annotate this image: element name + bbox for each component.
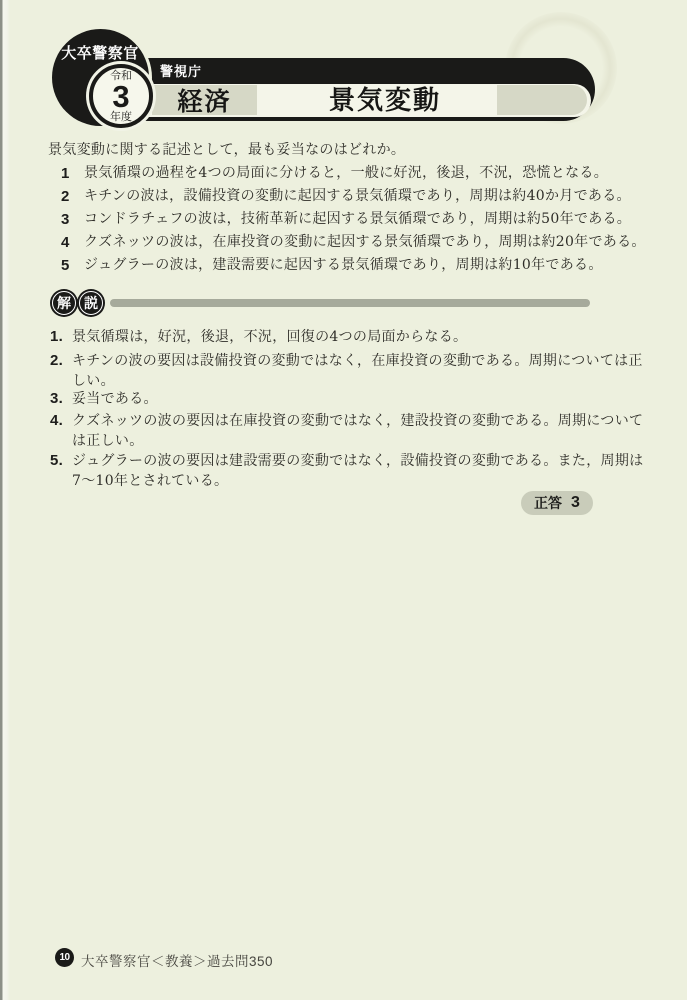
option-number: 5 [61, 254, 84, 277]
explanation-number: 5. [50, 451, 63, 471]
explanation-line: しい。 [48, 371, 648, 391]
explanation-item-2: 2. キチンの波の要因は設備投資の変動ではなく，在庫投資の変動である。周期につい… [48, 351, 648, 391]
page-title: 景気変動 [285, 87, 485, 114]
explanation-number: 3. [50, 389, 63, 409]
explanation-item-5: 5. ジュグラーの波の要因は建設需要の変動ではなく，設備投資の変動である。また，… [48, 451, 648, 491]
question-option-1: 1 景気循環の過程を4つの局面に分けると，一般に好況，後退，不況，恐慌となる。 [48, 162, 653, 185]
year-badge: 令和 3 年度 [89, 64, 153, 128]
year-badge-suffix: 年度 [110, 111, 132, 123]
option-text: 景気循環の過程を4つの局面に分けると，一般に好況，後退，不況，恐慌となる。 [84, 162, 653, 185]
subject-box: 経済 [152, 85, 257, 115]
explanation-heading-char: 解 [57, 293, 71, 313]
page-number-badge: 10 [55, 948, 74, 967]
explanation-line: キチンの波の要因は設備投資の変動ではなく，在庫投資の変動である。周期については正 [48, 351, 648, 371]
year-badge-number: 3 [112, 82, 129, 111]
correct-answer-badge: 正答 3 [521, 491, 593, 515]
correct-answer-label: 正答 [534, 493, 562, 513]
corner-badge-label: 大卒警察官 [56, 45, 144, 62]
explanation-item-1: 1. 景気循環は，好況，後退，不況，回復の4つの局面からなる。 [48, 327, 648, 347]
explanation-line: 7～10年とされている。 [48, 471, 648, 491]
explanation-heading-char: 説 [84, 293, 98, 313]
header-right-gray-box [497, 85, 587, 115]
question-option-4: 4 クズネッツの波は，在庫投資の変動に起因する景気循環であり，周期は約20年であ… [48, 231, 653, 254]
explanation-line: は正しい。 [48, 431, 648, 451]
option-number: 4 [61, 231, 84, 254]
correct-answer-value: 3 [571, 494, 580, 512]
explanation-line: クズネッツの波の要因は在庫投資の変動ではなく，建設投資の変動である。周期について [48, 411, 648, 431]
explanation-heading-circle-1: 解 [50, 289, 78, 317]
book-title: 大卒警察官＜教養＞過去問350 [81, 950, 273, 970]
question-option-2: 2 キチンの波は，設備投資の変動に起因する景気循環であり，周期は約40か月である… [48, 185, 653, 208]
page-number: 10 [59, 952, 69, 963]
option-number: 1 [61, 162, 84, 185]
option-text: コンドラチェフの波は，技術革新に起因する景気循環であり，周期は約50年である。 [84, 208, 653, 231]
agency-label: 警視庁 [160, 62, 202, 82]
question-stem: 景気変動に関する記述として，最も妥当なのはどれか。 [48, 139, 653, 162]
explanation-line: 妥当である。 [48, 389, 648, 409]
option-text: クズネッツの波は，在庫投資の変動に起因する景気循環であり，周期は約20年である。 [84, 231, 653, 254]
explanation-line: ジュグラーの波の要因は建設需要の変動ではなく，設備投資の変動である。また，周期は [48, 451, 648, 471]
question-option-5: 5 ジュグラーの波は，建設需要に起因する景気循環であり，周期は約10年である。 [48, 254, 653, 277]
question-option-3: 3 コンドラチェフの波は，技術革新に起因する景気循環であり，周期は約50年である… [48, 208, 653, 231]
explanation-divider-rule [110, 299, 590, 307]
explanation-line: 景気循環は，好況，後退，不況，回復の4つの局面からなる。 [48, 327, 648, 347]
explanation-heading-circle-2: 説 [77, 289, 105, 317]
option-text: ジュグラーの波は，建設需要に起因する景気循環であり，周期は約10年である。 [84, 254, 653, 277]
scan-edge-shadow [0, 0, 10, 1000]
explanation-item-4: 4. クズネッツの波の要因は在庫投資の変動ではなく，建設投資の変動である。周期に… [48, 411, 648, 451]
explanation-number: 4. [50, 411, 63, 431]
option-number: 3 [61, 208, 84, 231]
option-text: キチンの波は，設備投資の変動に起因する景気循環であり，周期は約40か月である。 [84, 185, 653, 208]
subject-label: 経済 [177, 82, 231, 118]
question-block: 景気変動に関する記述として，最も妥当なのはどれか。 1 景気循環の過程を4つの局… [48, 139, 653, 277]
explanation-number: 1. [50, 327, 63, 347]
explanation-number: 2. [50, 351, 63, 371]
scanned-textbook-page: 警視庁 経済 景気変動 大卒警察官 令和 3 年度 景気変動に関する記述として，… [0, 0, 687, 1000]
explanation-item-3: 3. 妥当である。 [48, 389, 648, 409]
option-number: 2 [61, 185, 84, 208]
